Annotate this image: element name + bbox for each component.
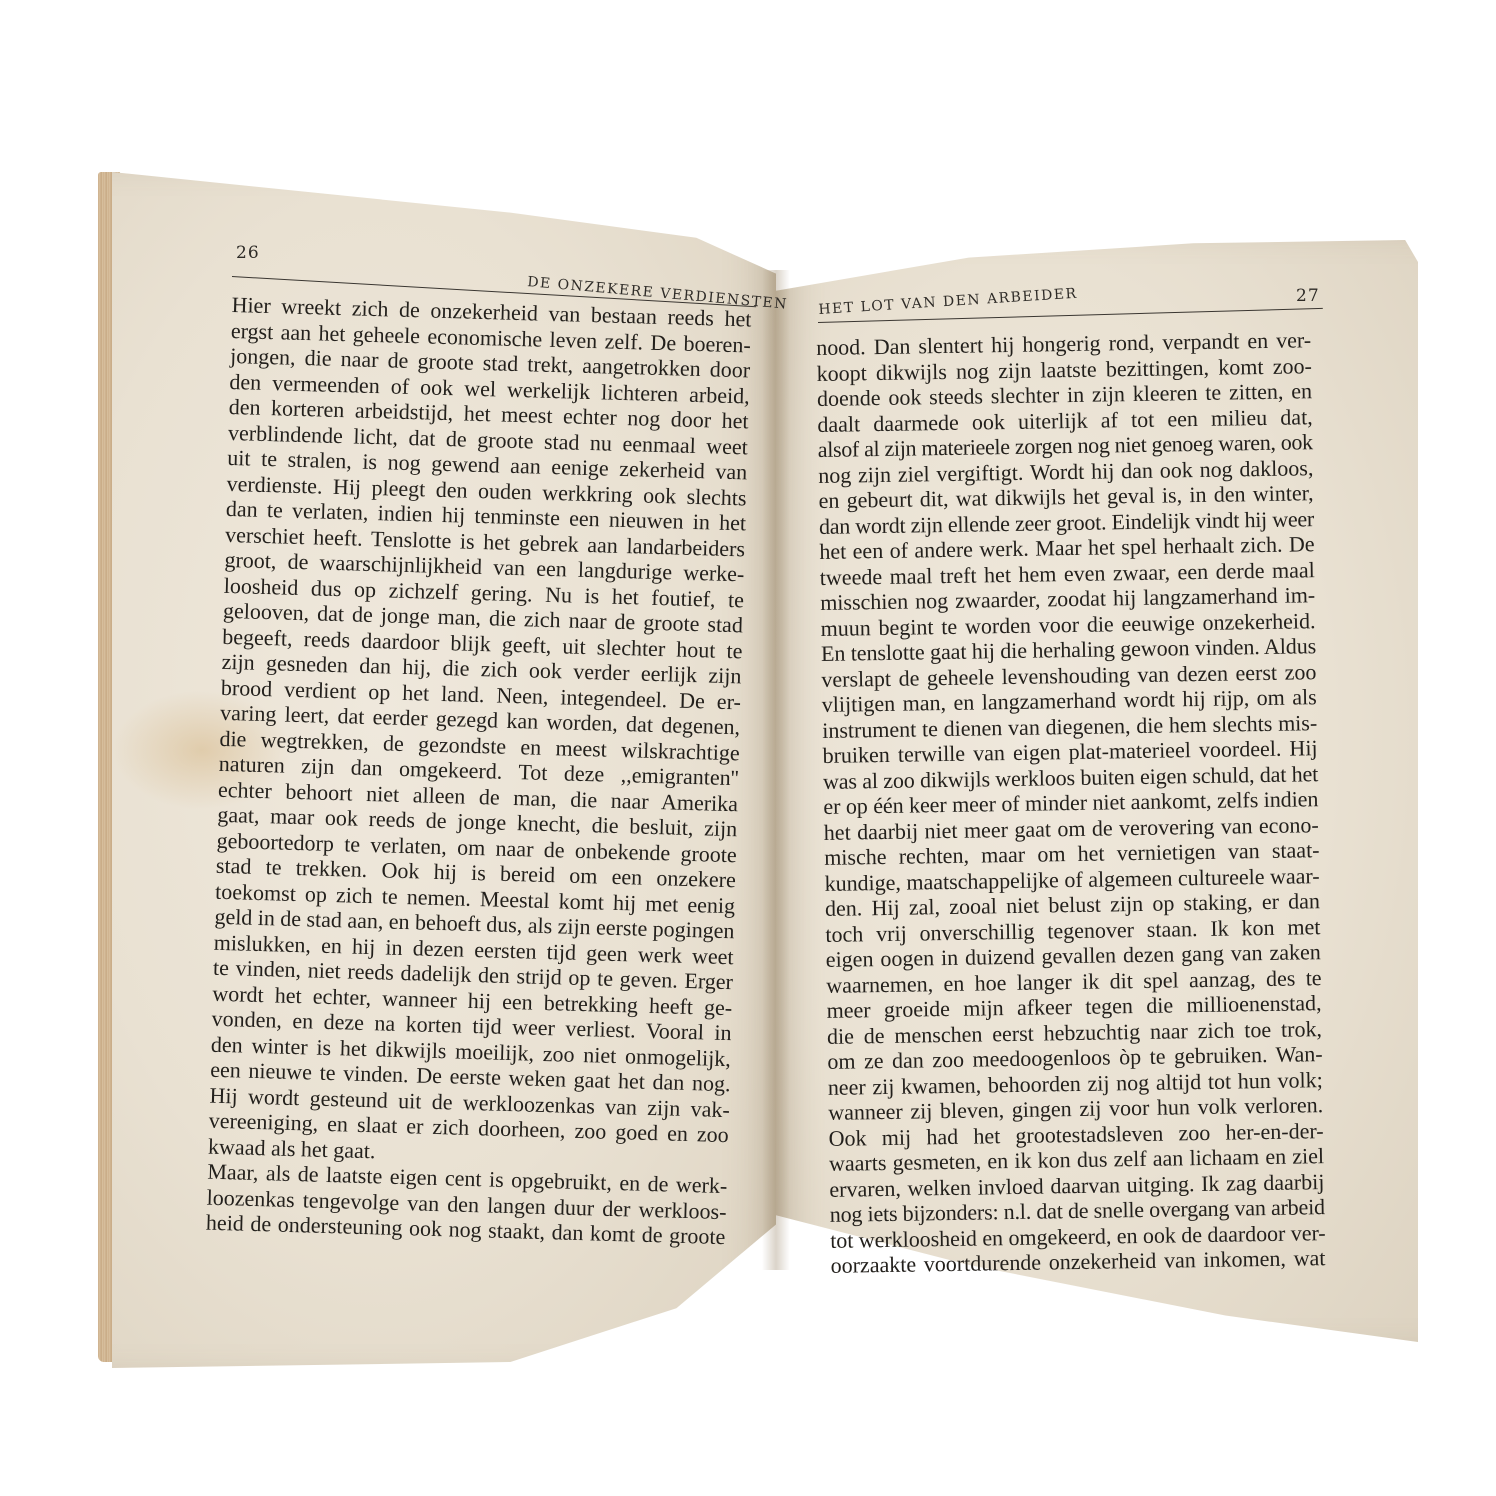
open-book: 26 DE ONZEKERE VERDIENSTEN HET LOT VAN D… [0,0,1496,1496]
left-page-body: Hier wreekt zich de onzekerheid van best… [206,292,752,1250]
right-page-number: 27 [1296,286,1320,306]
right-page-body: nood. Dan slentert hij hongerig rond, ve… [816,327,1326,1278]
book-gutter [762,270,790,1270]
left-page-number: 26 [236,243,260,263]
